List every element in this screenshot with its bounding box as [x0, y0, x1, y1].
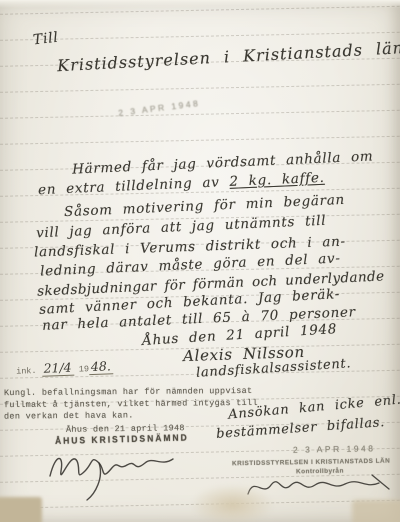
ink-day-month: 21/4	[41, 360, 74, 377]
clerk-signature	[40, 440, 180, 502]
authority-signature-stroke	[242, 470, 397, 502]
ink-label: ink.	[16, 366, 37, 377]
paper-top-edge	[0, 0, 400, 8]
received-ink-note: ink. 21/4 1948.	[16, 355, 113, 377]
clerk-signature-stroke	[40, 440, 180, 502]
ink-year-prefix: 19	[79, 364, 90, 374]
recipient-salutation: Till	[32, 30, 59, 49]
ink-year-suffix: 48.	[89, 358, 113, 375]
scanned-letter-page: { "document": { "recipient": { "salutati…	[0, 0, 400, 522]
decision-date-stamp: 2 3 APR 1948	[293, 443, 376, 454]
certification-line: den verkan det hava kan.	[4, 409, 134, 423]
authority-signature	[242, 470, 397, 502]
